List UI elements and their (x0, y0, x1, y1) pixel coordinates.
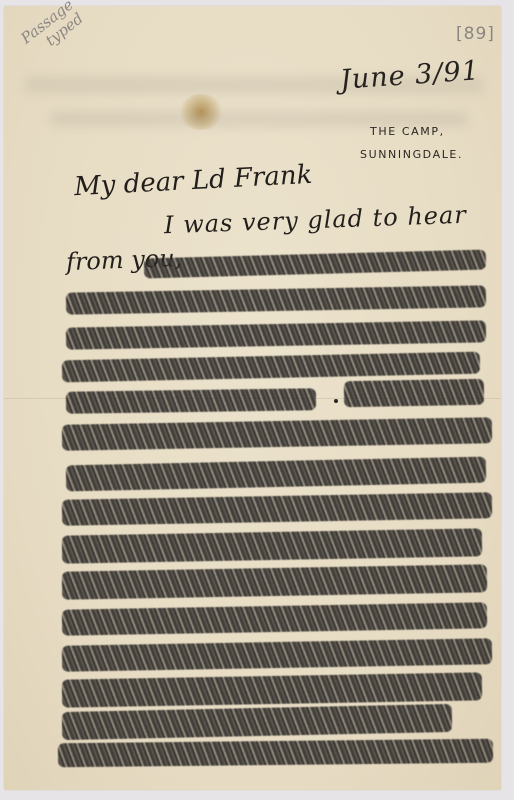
redacted-line (58, 739, 493, 768)
redacted-line (144, 250, 486, 279)
redacted-line (62, 492, 492, 526)
pencil-annotation: Passage typed (18, 0, 87, 61)
greeting: My dear Ld Frank (73, 160, 313, 202)
letterhead-line-2: SUNNINGDALE. (360, 148, 463, 161)
redacted-line (62, 528, 482, 563)
redacted-line (62, 352, 480, 383)
letterhead-line-1: THE CAMP, (370, 125, 445, 138)
period-mark (334, 399, 338, 403)
redacted-line (62, 704, 453, 740)
redacted-line (62, 672, 482, 707)
letter-page: [89] Passage typed June 3/91 THE CAMP, S… (4, 6, 501, 790)
archive-number: [89] (456, 24, 495, 44)
body-line-1: I was very glad to hear (164, 201, 468, 240)
redacted-line (66, 285, 486, 314)
redacted-line (62, 638, 492, 672)
redacted-line (66, 320, 486, 349)
redacted-line (66, 457, 486, 492)
redacted-line (62, 602, 487, 635)
redacted-line (62, 417, 492, 451)
redacted-line (62, 564, 487, 599)
redacted-line (344, 379, 484, 407)
redacted-line (66, 388, 316, 413)
